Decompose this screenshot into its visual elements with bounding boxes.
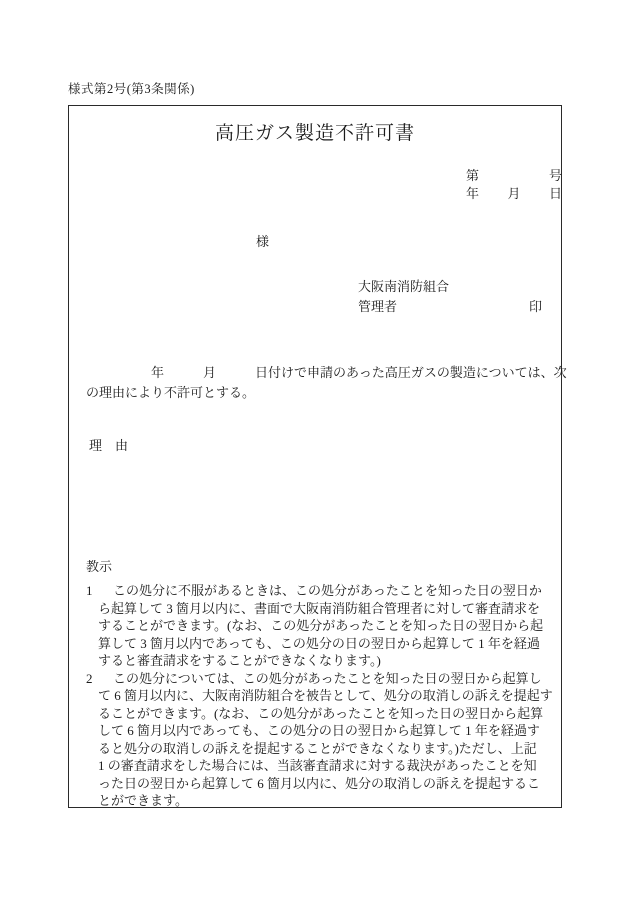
instruction-item-line: て 6 箇月以内に、大阪南消防組合を被告として、処分の取消しの訴えを提起す bbox=[98, 687, 548, 705]
document-number-line: 第 号 bbox=[466, 165, 562, 184]
date-line: 年 月 日 bbox=[466, 183, 562, 202]
body-line-1: 年 月 日付けで申請のあった高圧ガスの製造については、次 bbox=[86, 363, 567, 383]
document-number-prefix: 第 bbox=[466, 165, 479, 184]
instruction-item-line: することができます。(なお、この処分があったことを知った日の翌日から起 bbox=[98, 617, 548, 635]
document-number-suffix: 号 bbox=[549, 165, 562, 184]
instruction-item-line: すると審査請求をすることができなくなります。) bbox=[98, 652, 548, 670]
form-number-label: 様式第2号(第3条関係) bbox=[68, 79, 195, 97]
instruction-item-line: して 6 箇月以内であっても、この処分の日の翌日から起算して 1 年を経過す bbox=[98, 722, 548, 740]
instruction-item-line: ることができます。(なお、この処分があったことを知った日の翌日から起算 bbox=[98, 705, 548, 723]
sender-role: 管理者 bbox=[358, 297, 397, 317]
body-paragraph: 年 月 日付けで申請のあった高圧ガスの製造については、次 の理由により不許可とす… bbox=[86, 363, 567, 403]
instruction-item-line: この処分に不服があるときは、この処分があったことを知った日の翌日か bbox=[98, 582, 548, 600]
instruction-item-line: った日の翌日から起算して 6 箇月以内に、処分の取消しの訴えを提起するこ bbox=[98, 775, 548, 793]
body-line-2: の理由により不許可とする。 bbox=[86, 383, 567, 403]
instructions-section: 教示 1この処分に不服があるときは、この処分があったことを知った日の翌日から起算… bbox=[86, 558, 548, 810]
date-year-label: 年 bbox=[466, 183, 479, 202]
instructions-heading: 教示 bbox=[86, 558, 548, 582]
document-frame: 高圧ガス製造不許可書 第 号 年 月 日 様 大阪南消防組合 管理者 印 年 月… bbox=[68, 105, 562, 808]
document-title: 高圧ガス製造不許可書 bbox=[69, 118, 561, 145]
instruction-item-line: 算して 3 箇月以内であっても、この処分の日の翌日から起算して 1 年を経過 bbox=[98, 635, 548, 653]
instruction-item-line: この処分については、この処分があったことを知った日の翌日から起算し bbox=[98, 670, 548, 688]
instruction-item-2: 2この処分については、この処分があったことを知った日の翌日から起算して 6 箇月… bbox=[86, 670, 548, 810]
reason-label: 理 由 bbox=[89, 435, 128, 454]
date-month-label: 月 bbox=[507, 183, 520, 202]
document-page: 様式第2号(第3条関係) 高圧ガス製造不許可書 第 号 年 月 日 様 大阪南消… bbox=[0, 0, 630, 903]
instruction-item-number: 2 bbox=[86, 670, 93, 688]
instruction-item-line: とができます。 bbox=[98, 792, 548, 810]
instruction-item-line: ると処分の取消しの訴えを提起することができなくなります。)ただし、上記 bbox=[98, 740, 548, 758]
instructions-items: 1この処分に不服があるときは、この処分があったことを知った日の翌日から起算して … bbox=[86, 582, 548, 810]
sender-role-line: 管理者 印 bbox=[358, 297, 542, 317]
instruction-item-number: 1 bbox=[86, 582, 93, 600]
sender-organization: 大阪南消防組合 bbox=[358, 277, 542, 297]
instruction-item-1: 1この処分に不服があるときは、この処分があったことを知った日の翌日から起算して … bbox=[86, 582, 548, 670]
sender-block: 大阪南消防組合 管理者 印 bbox=[358, 277, 542, 317]
instruction-item-line: 1 の審査請求をした場合には、当該審査請求に対する裁決があったことを知 bbox=[98, 757, 548, 775]
seal-placeholder: 印 bbox=[529, 297, 542, 317]
instruction-item-line: ら起算して 3 箇月以内に、書面で大阪南消防組合管理者に対して審査請求を bbox=[98, 600, 548, 618]
addressee-honorific: 様 bbox=[256, 231, 269, 250]
date-day-label: 日 bbox=[549, 183, 562, 202]
